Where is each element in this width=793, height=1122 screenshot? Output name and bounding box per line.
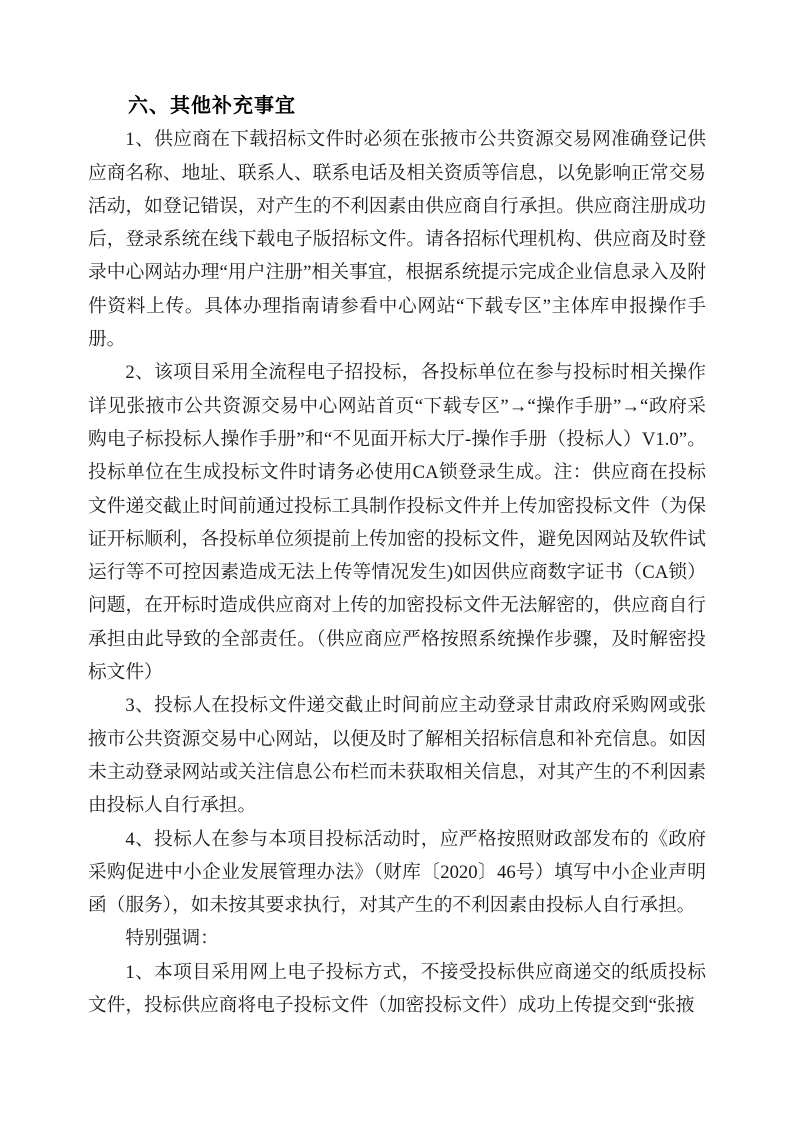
document-body: 六、其他补充事宜 1、供应商在下载招标文件时必须在张掖市公共资源交易网准确登记供… xyxy=(88,90,706,1022)
paragraph: 1、供应商在下载招标文件时必须在张掖市公共资源交易网准确登记供应商名称、地址、联… xyxy=(88,123,706,356)
paragraph: 3、投标人在投标文件递交截止时间前应主动登录甘肃政府采购网或张掖市公共资源交易中… xyxy=(88,689,706,822)
paragraph: 特别强调： xyxy=(88,922,706,955)
document-page: 六、其他补充事宜 1、供应商在下载招标文件时必须在张掖市公共资源交易网准确登记供… xyxy=(0,0,793,1122)
paragraph: 4、投标人在参与本项目投标活动时，应严格按照财政部发布的《政府采购促进中小企业发… xyxy=(88,823,706,923)
section-heading: 六、其他补充事宜 xyxy=(88,90,706,123)
paragraph: 1、本项目采用网上电子投标方式，不接受投标供应商递交的纸质投标文件，投标供应商将… xyxy=(88,956,706,1023)
paragraph: 2、该项目采用全流程电子招投标，各投标单位在参与投标时相关操作详见张掖市公共资源… xyxy=(88,356,706,689)
paragraph-list: 1、供应商在下载招标文件时必须在张掖市公共资源交易网准确登记供应商名称、地址、联… xyxy=(88,123,706,1022)
